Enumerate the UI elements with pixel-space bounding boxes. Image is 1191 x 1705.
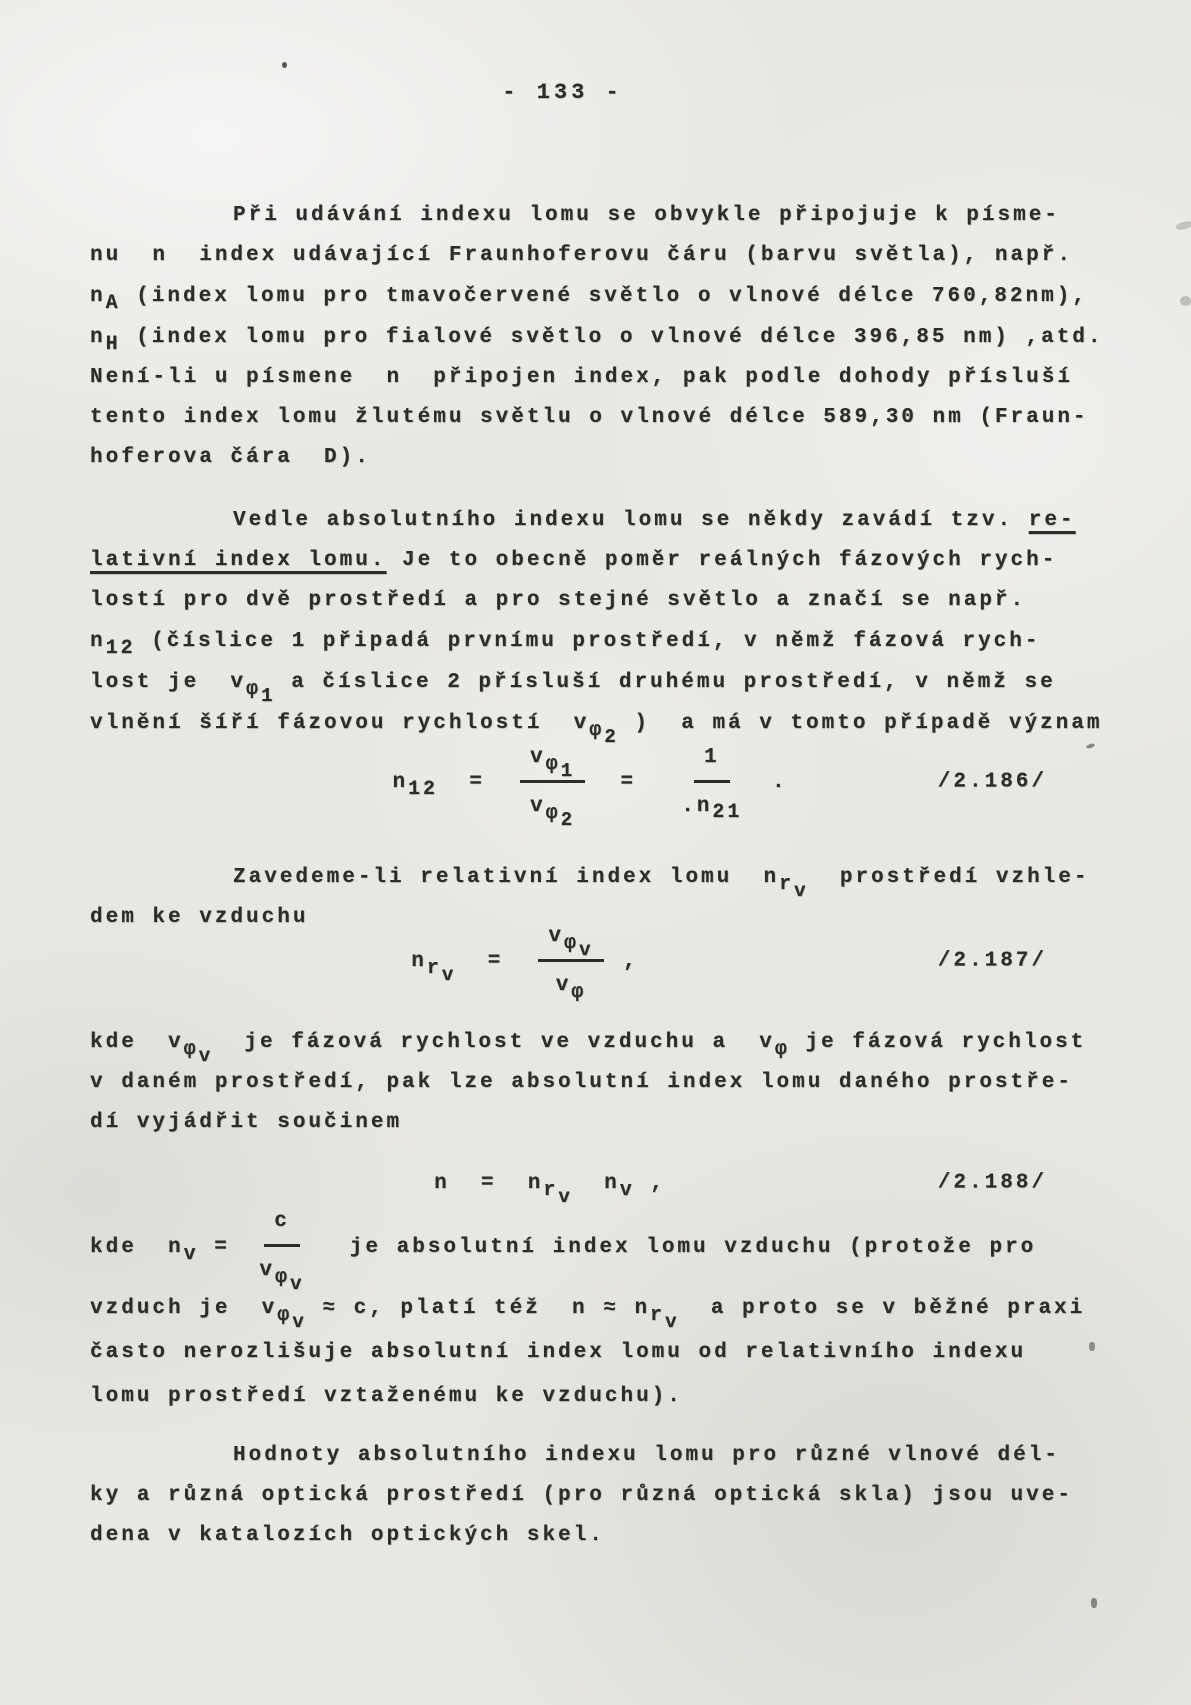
sub-subscript: v — [290, 1273, 305, 1295]
text-run: lomu prostředí vztaženému ke vzduchu). — [90, 1385, 683, 1408]
text-run: (číslice 1 připadá prvnímu prostředí, v … — [136, 630, 1041, 653]
text-run: v — [548, 925, 564, 948]
sub-subscript: v — [579, 939, 594, 961]
text-run: hoferova čára D). — [90, 446, 371, 469]
sub-subscript: v — [442, 964, 457, 986]
text-line: kde nv = cvφv je absolutní index lomu vz… — [90, 1207, 1090, 1286]
subscript: r — [779, 872, 794, 895]
fraction-denominator: vφ — [546, 962, 597, 1001]
text-line: lost je vφ1 a číslice 2 přísluší druhému… — [90, 662, 1090, 703]
text-run: n — [90, 285, 106, 308]
fraction-numerator: c — [264, 1207, 300, 1247]
paragraph: Hodnoty absolutního indexu lomu pro různ… — [90, 1436, 1090, 1556]
sub-subscript: v — [665, 1311, 680, 1333]
subscript: 12 — [106, 636, 136, 659]
text-run: dena v katalozích optických skel. — [90, 1524, 605, 1547]
subscript: 21 — [712, 800, 742, 823]
text-run: n — [392, 771, 408, 794]
text-line: často nerozlišuje absolutní index lomu o… — [90, 1331, 1090, 1375]
text-run: je fázová rychlost ve vzduchu a v — [213, 1031, 775, 1054]
equation: n = nrv nv ,/2.188/ — [90, 1159, 1090, 1207]
subscript: φ — [589, 718, 604, 741]
text-line: tento index lomu žlutému světlu o vlnové… — [90, 398, 1090, 438]
text-line: kde vφv je fázová rychlost ve vzduchu a … — [90, 1022, 1090, 1063]
sub-subscript: v — [199, 1045, 214, 1067]
text-line: ky a různá optická prostředí (pro různá … — [90, 1476, 1090, 1516]
text-run: ) a má v tomto případě význam — [619, 712, 1103, 735]
text-run: a proto se v běžné praxi — [680, 1297, 1086, 1320]
text-run: . — [681, 795, 697, 818]
subscript: φ — [564, 931, 579, 954]
text-run: Hodnoty absolutního indexu lomu pro různ… — [233, 1444, 1060, 1467]
equation-content: nrv = vφvvφ , — [25, 921, 1025, 1001]
text-run: kde n — [90, 1236, 184, 1259]
text-line: hoferova čára D). — [90, 438, 1090, 478]
text-run: n — [573, 1172, 620, 1195]
text-line: n12 (číslice 1 připadá prvnímu prostředí… — [90, 621, 1090, 662]
page-number-label: - 133 - — [502, 80, 622, 105]
sub-subscript: v — [292, 1311, 307, 1333]
text-run: = — [456, 950, 534, 973]
fraction-denominator: vφv — [249, 1247, 314, 1286]
text-run: (index lomu pro tmavočervené světlo o vl… — [121, 285, 1088, 308]
text-run: v — [556, 974, 572, 997]
subscript: φ — [546, 801, 561, 824]
text-run: vzduch je v — [90, 1297, 277, 1320]
text-run: kde v — [90, 1031, 184, 1054]
fraction: 1.n21 — [671, 743, 752, 822]
text-run: je fázová rychlost — [790, 1031, 1086, 1054]
text-run: vlnění šíří fázovou rychlostí v — [90, 712, 589, 735]
text-line: lativní index lomu. Je to obecně poměr r… — [90, 541, 1090, 581]
fraction-numerator: vφ1 — [520, 742, 585, 783]
text-run: , — [608, 950, 639, 973]
scanned-page: - 133 - Při udávání indexu lomu se obvyk… — [0, 0, 1191, 1705]
text-run: Zavedeme-li relativní index lomu n — [233, 866, 779, 889]
text-line: Při udávání indexu lomu se obvykle připo… — [90, 196, 1090, 236]
text-run: v — [530, 746, 546, 769]
subscript: H — [106, 332, 121, 355]
paragraph: kde nv = cvφv je absolutní index lomu vz… — [90, 1207, 1090, 1419]
text-run: ≈ c, platí též n ≈ n — [307, 1297, 650, 1320]
scan-speck — [1091, 1598, 1097, 1608]
text-line: vzduch je vφv ≈ c, platí též n ≈ nrv a p… — [90, 1286, 1090, 1331]
text-run: n — [697, 795, 713, 818]
text-run: n — [411, 950, 427, 973]
text-line: dena v katalozích optických skel. — [90, 1516, 1090, 1556]
text-line: Vedle absolutního indexu lomu se někdy z… — [90, 501, 1090, 541]
subscript: r — [427, 956, 442, 979]
subscript: 12 — [408, 777, 438, 800]
fraction-numerator: 1 — [694, 743, 730, 783]
subscript: φ — [546, 752, 561, 775]
text-line: Hodnoty absolutního indexu lomu pro různ… — [90, 1436, 1090, 1476]
subscript: A — [106, 291, 121, 314]
equation: n12 = vφ1vφ2 = 1.n21 ./2.186/ — [90, 742, 1090, 822]
scan-speck — [1089, 1342, 1095, 1351]
text-run: c — [274, 1210, 290, 1233]
text-run: = — [199, 1236, 246, 1259]
text-run: tento index lomu žlutému světlu o vlnové… — [90, 406, 1089, 429]
text-run: často nerozlišuje absolutní index lomu o… — [90, 1341, 1026, 1364]
subscript: r — [650, 1303, 665, 1326]
text-run: . — [756, 771, 787, 794]
sub-subscript: 1 — [261, 685, 276, 707]
fraction-numerator: vφv — [538, 921, 603, 962]
equation-number: /2.186/ — [938, 771, 1047, 794]
subscript: φ — [775, 1037, 790, 1060]
text-run: a číslice 2 přísluší druhému prostředí, … — [276, 671, 1056, 694]
fraction: cvφv — [249, 1207, 314, 1286]
text-run: n — [90, 326, 106, 349]
equation-number: /2.187/ — [938, 950, 1047, 973]
text-line: lostí pro dvě prostředí a pro stejné svě… — [90, 581, 1090, 621]
subscript: φ — [571, 980, 586, 1003]
text-run: Při udávání indexu lomu se obvykle připo… — [233, 204, 1060, 227]
text-line: dí vyjádřit součinem — [90, 1103, 1090, 1143]
text-run: n — [90, 630, 106, 653]
text-run: prostředí vzhle- — [809, 866, 1090, 889]
text-run: Vedle absolutního indexu lomu se někdy z… — [233, 509, 1029, 532]
text-run: = — [589, 771, 667, 794]
equation-content: n = nrv nv , — [50, 1159, 1050, 1207]
paragraph: Vedle absolutního indexu lomu se někdy z… — [90, 501, 1090, 744]
text-run: v — [530, 795, 546, 818]
text-run: v — [259, 1259, 275, 1282]
text-run: Není-li u písmene n připojen index, pak … — [90, 366, 1073, 389]
paragraph: Při udávání indexu lomu se obvykle připo… — [90, 196, 1090, 478]
text-run: (index lomu pro fialové světlo o vlnové … — [121, 326, 1104, 349]
underlined-text: re- — [1029, 509, 1076, 532]
text-run: ky a různá optická prostředí (pro různá … — [90, 1484, 1073, 1507]
text-line: lomu prostředí vztaženému ke vzduchu). — [90, 1375, 1090, 1419]
text-run: Je to obecně poměr reálných fázových ryc… — [386, 549, 1057, 572]
text-run: 1 — [704, 746, 720, 769]
scan-speck — [282, 62, 287, 68]
text-run: , — [635, 1172, 666, 1195]
text-run: n = n — [434, 1172, 543, 1195]
text-run: v daném prostředí, pak lze absolutní ind… — [90, 1071, 1073, 1094]
equation: nrv = vφvvφ ,/2.187/ — [90, 921, 1090, 1001]
text-run: nu n index udávající Fraunhoferovu čáru … — [90, 244, 1073, 267]
document-body: Při udávání indexu lomu se obvykle připo… — [90, 196, 1090, 1556]
paragraph: kde vφv je fázová rychlost ve vzduchu a … — [90, 1022, 1090, 1143]
equation-number: /2.188/ — [938, 1172, 1047, 1195]
subscript: v — [620, 1178, 635, 1201]
page-number: - 133 - — [0, 80, 1191, 105]
sub-subscript: v — [794, 880, 809, 902]
text-line: Není-li u písmene n připojen index, pak … — [90, 358, 1090, 398]
subscript: φ — [246, 677, 261, 700]
text-line: nH (index lomu pro fialové světlo o vlno… — [90, 317, 1090, 358]
text-run: = — [438, 771, 516, 794]
fraction-denominator: vφ2 — [520, 783, 585, 822]
subscript: v — [184, 1242, 199, 1265]
text-run: je absolutní index lomu vzduchu (protože… — [319, 1236, 1037, 1259]
sub-subscript: v — [558, 1186, 573, 1208]
sub-subscript: 2 — [561, 809, 576, 831]
text-run: dí vyjádřit součinem — [90, 1111, 402, 1134]
scan-speck — [1175, 220, 1191, 231]
text-line: Zavedeme-li relativní index lomu nrv pro… — [90, 857, 1090, 898]
subscript: φ — [277, 1303, 292, 1326]
text-run: lostí pro dvě prostředí a pro stejné svě… — [90, 589, 1026, 612]
scan-speck — [1043, 1491, 1047, 1496]
subscript: r — [543, 1178, 558, 1201]
fraction: vφvvφ — [538, 921, 603, 1001]
subscript: φ — [275, 1265, 290, 1288]
subscript: φ — [184, 1037, 199, 1060]
scan-speck — [1180, 296, 1191, 306]
text-line: v daném prostředí, pak lze absolutní ind… — [90, 1063, 1090, 1103]
text-run: lost je v — [90, 671, 246, 694]
text-line: nu n index udávající Fraunhoferovu čáru … — [90, 236, 1090, 276]
underlined-text: lativní index lomu. — [90, 549, 386, 572]
sub-subscript: 1 — [561, 760, 576, 782]
fraction: vφ1vφ2 — [520, 742, 585, 822]
text-line: nA (index lomu pro tmavočervené světlo o… — [90, 276, 1090, 317]
text-line: vlnění šíří fázovou rychlostí vφ2 ) a má… — [90, 703, 1090, 744]
fraction-denominator: .n21 — [671, 783, 752, 822]
